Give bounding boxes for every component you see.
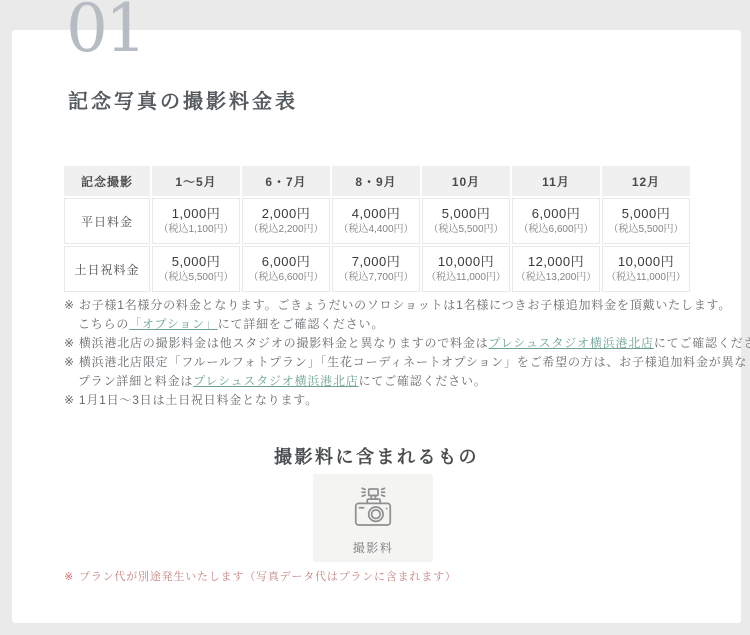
- tax-included-value: （税込5,500円）: [424, 223, 508, 237]
- price-cell: 5,000円 （税込5,500円）: [602, 198, 690, 244]
- price-cell: 5,000円 （税込5,500円）: [152, 246, 240, 292]
- pricing-table: 記念撮影 1〜5月 6・7月 8・9月 10月 11月 12月 平日料金 1,0…: [62, 164, 692, 294]
- included-section-heading: 撮影料に含まれるもの: [12, 443, 741, 469]
- notes-list: ※お子様1名様分の料金となります。ごきょうだいのソロショットは1名様につきお子様…: [64, 296, 704, 410]
- footnote-text: プラン代が別途発生いたします（写真データ代はプランに含まれます）: [79, 571, 457, 583]
- price-cell: 10,000円 （税込11,000円）: [602, 246, 690, 292]
- note-line: ※お子様1名様分の料金となります。ごきょうだいのソロショットは1名様につきお子様…: [64, 296, 704, 315]
- tax-included-value: （税込13,200円）: [514, 271, 598, 285]
- price-cell: 10,000円 （税込11,000円）: [422, 246, 510, 292]
- price-value: 5,000円: [604, 206, 688, 222]
- note-line: こちらの「オプション」にて詳細をご確認ください。: [64, 315, 704, 334]
- row-label-weekday: 平日料金: [64, 198, 150, 244]
- studio-yokohama-kohoku-link[interactable]: プレシュスタジオ横浜港北店: [488, 336, 653, 350]
- header-cell-month: 11月: [512, 166, 600, 196]
- price-cell: 1,000円 （税込1,100円）: [152, 198, 240, 244]
- note-text: プラン詳細と料金は: [78, 374, 193, 388]
- price-value: 2,000円: [244, 206, 328, 222]
- tax-included-value: （税込5,500円）: [154, 271, 238, 285]
- note-text: にてご確認ください。: [654, 336, 750, 350]
- note-text: 1月1日〜3日は土日祝日料金となります。: [79, 393, 318, 407]
- tax-included-value: （税込6,600円）: [514, 223, 598, 237]
- tax-included-value: （税込4,400円）: [334, 223, 418, 237]
- price-value: 1,000円: [154, 206, 238, 222]
- header-cell-month: 12月: [602, 166, 690, 196]
- price-value: 5,000円: [154, 254, 238, 270]
- table-row: 土日祝料金 5,000円 （税込5,500円） 6,000円 （税込6,600円…: [64, 246, 690, 292]
- price-cell: 6,000円 （税込6,600円）: [512, 198, 600, 244]
- header-cell-month: 8・9月: [332, 166, 420, 196]
- header-cell-category: 記念撮影: [64, 166, 150, 196]
- price-value: 5,000円: [424, 206, 508, 222]
- note-marker: ※: [64, 393, 75, 407]
- price-value: 10,000円: [604, 254, 688, 270]
- price-value: 4,000円: [334, 206, 418, 222]
- price-value: 10,000円: [424, 254, 508, 270]
- note-line: ※横浜港北店の撮影料金は他スタジオの撮影料金と異なりますので料金はプレシュスタジ…: [64, 334, 704, 353]
- included-item-label: 撮影料: [353, 539, 394, 556]
- table-row: 平日料金 1,000円 （税込1,100円） 2,000円 （税込2,200円）…: [64, 198, 690, 244]
- price-cell: 2,000円 （税込2,200円）: [242, 198, 330, 244]
- note-text: お子様1名様分の料金となります。ごきょうだいのソロショットは1名様につきお子様追…: [79, 298, 731, 312]
- option-link[interactable]: 「オプション」: [129, 317, 218, 331]
- header-cell-month: 1〜5月: [152, 166, 240, 196]
- header-cell-month: 10月: [422, 166, 510, 196]
- price-cell: 6,000円 （税込6,600円）: [242, 246, 330, 292]
- plan-fee-footnote: ※プラン代が別途発生いたします（写真データ代はプランに含まれます）: [64, 568, 457, 584]
- price-value: 12,000円: [514, 254, 598, 270]
- studio-yokohama-kohoku-link[interactable]: プレシュスタジオ横浜港北店: [193, 374, 358, 388]
- tax-included-value: （税込2,200円）: [244, 223, 328, 237]
- price-value: 6,000円: [244, 254, 328, 270]
- section-number: 01: [66, 0, 144, 62]
- header-cell-month: 6・7月: [242, 166, 330, 196]
- price-cell: 7,000円 （税込7,700円）: [332, 246, 420, 292]
- note-marker: ※: [64, 355, 75, 369]
- included-item-card: 撮影料: [313, 474, 433, 562]
- tax-included-value: （税込1,100円）: [154, 223, 238, 237]
- note-text: にて詳細をご確認ください。: [218, 317, 384, 331]
- note-line: ※横浜港北店限定「フルールフォトプラン」「生花コーディネートオプション」をご希望…: [64, 353, 704, 372]
- note-text: こちらの: [78, 317, 129, 331]
- price-cell: 5,000円 （税込5,500円）: [422, 198, 510, 244]
- price-cell: 12,000円 （税込13,200円）: [512, 246, 600, 292]
- page-title: 記念写真の撮影料金表: [68, 85, 298, 114]
- tax-included-value: （税込11,000円）: [604, 271, 688, 285]
- tax-included-value: （税込5,500円）: [604, 223, 688, 237]
- note-text: 横浜港北店限定「フルールフォトプラン」「生花コーディネートオプション」をご希望の…: [79, 355, 750, 369]
- row-label-weekend: 土日祝料金: [64, 246, 150, 292]
- note-marker: ※: [64, 298, 75, 312]
- price-value: 7,000円: [334, 254, 418, 270]
- note-marker: ※: [64, 336, 75, 350]
- tax-included-value: （税込6,600円）: [244, 271, 328, 285]
- footnote-marker: ※: [64, 571, 74, 583]
- tax-included-value: （税込7,700円）: [334, 271, 418, 285]
- tax-included-value: （税込11,000円）: [424, 271, 508, 285]
- note-text: 横浜港北店の撮影料金は他スタジオの撮影料金と異なりますので料金は: [79, 336, 489, 350]
- price-value: 6,000円: [514, 206, 598, 222]
- table-header-row: 記念撮影 1〜5月 6・7月 8・9月 10月 11月 12月: [64, 166, 690, 196]
- camera-icon: [350, 486, 396, 533]
- note-text: にてご確認ください。: [359, 374, 487, 388]
- note-line: ※1月1日〜3日は土日祝日料金となります。: [64, 391, 704, 410]
- note-line: プラン詳細と料金はプレシュスタジオ横浜港北店にてご確認ください。: [64, 372, 704, 391]
- price-cell: 4,000円 （税込4,400円）: [332, 198, 420, 244]
- content-card: 01 記念写真の撮影料金表 記念撮影 1〜5月 6・7月 8・9月 10月 11…: [12, 30, 741, 623]
